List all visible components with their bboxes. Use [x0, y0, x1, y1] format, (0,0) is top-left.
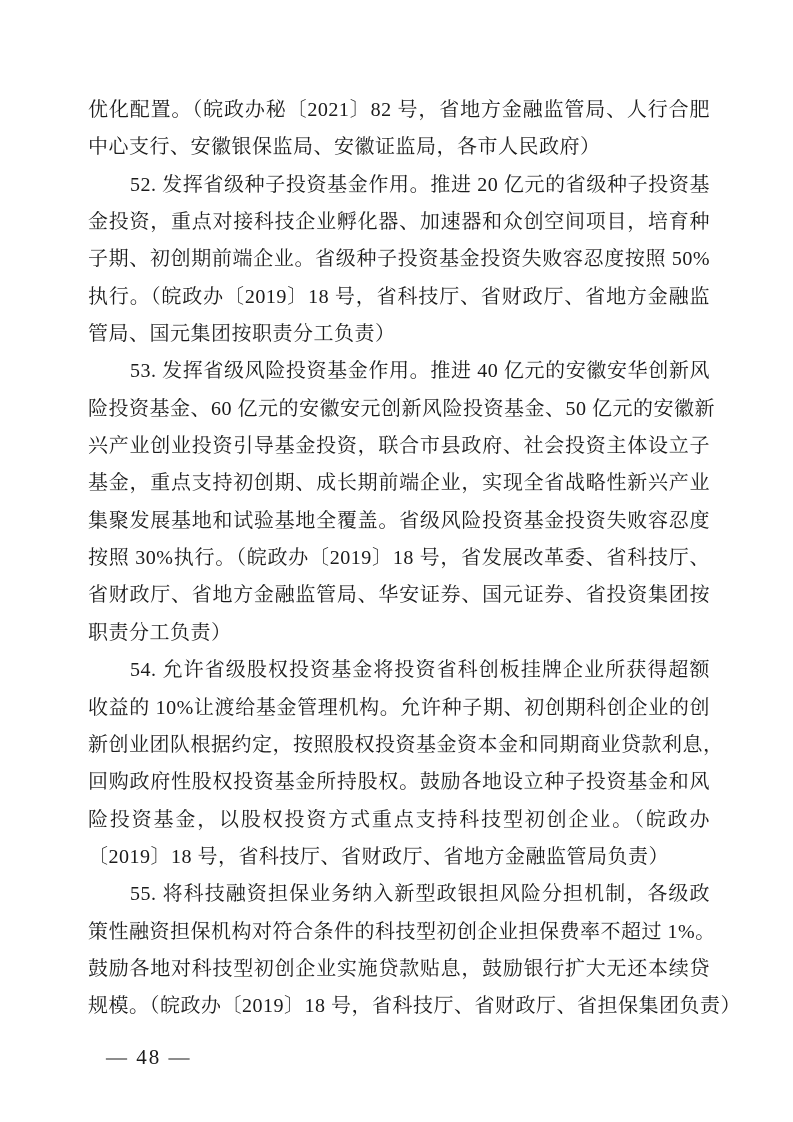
text-line: 中心支行、安徽银保监局、安徽证监局，各市人民政府） [88, 129, 710, 166]
text-line: 险投资基金，以股权投资方式重点支持科技型初创企业。（皖政办 [88, 802, 710, 839]
paragraph-item-54: 54. 允许省级股权投资基金将投资省科创板挂牌企业所获得超额收益的 10%让渡给… [88, 652, 710, 876]
text-line: 54. 允许省级股权投资基金将投资省科创板挂牌企业所获得超额 [88, 652, 710, 689]
text-line: 省财政厅、省地方金融监管局、华安证券、国元证券、省投资集团按 [88, 577, 710, 614]
text-line: 53. 发挥省级风险投资基金作用。推进 40 亿元的安徽安华创新风 [88, 353, 710, 390]
text-line: 收益的 10%让渡给基金管理机构。允许种子期、初创期科创企业的创 [88, 690, 710, 727]
text-line: 按照 30%执行。（皖政办〔2019〕18 号，省发展改革委、省科技厅、 [88, 540, 710, 577]
document-body: 优化配置。（皖政办秘〔2021〕82 号，省地方金融监管局、人行合肥中心支行、安… [88, 92, 710, 1026]
text-line: 规模。（皖政办〔2019〕18 号，省科技厅、省财政厅、省担保集团负责） [88, 988, 710, 1025]
page-number: — 48 — [106, 1045, 192, 1069]
paragraph-item-52: 52. 发挥省级种子投资基金作用。推进 20 亿元的省级种子投资基金投资，重点对… [88, 167, 710, 354]
text-line: 兴产业创业投资引导基金投资，联合市县政府、社会投资主体设立子 [88, 428, 710, 465]
text-line: 集聚发展基地和试验基地全覆盖。省级风险投资基金投资失败容忍度 [88, 503, 710, 540]
text-line: 新创业团队根据约定，按照股权投资基金资本金和同期商业贷款利息， [88, 727, 710, 764]
text-line: 子期、初创期前端企业。省级种子投资基金投资失败容忍度按照 50% [88, 241, 710, 278]
text-line: 执行。（皖政办〔2019〕18 号，省科技厅、省财政厅、省地方金融监 [88, 279, 710, 316]
text-line: 管局、国元集团按职责分工负责） [88, 316, 710, 353]
text-line: 优化配置。（皖政办秘〔2021〕82 号，省地方金融监管局、人行合肥 [88, 92, 710, 129]
text-line: 金投资，重点对接科技企业孵化器、加速器和众创空间项目，培育种 [88, 204, 710, 241]
text-line: 鼓励各地对科技型初创企业实施贷款贴息，鼓励银行扩大无还本续贷 [88, 951, 710, 988]
text-line: 职责分工负责） [88, 615, 710, 652]
text-line: 52. 发挥省级种子投资基金作用。推进 20 亿元的省级种子投资基 [88, 167, 710, 204]
page-footer: — 48 — [106, 1042, 192, 1072]
paragraph-item-55: 55. 将科技融资担保业务纳入新型政银担风险分担机制，各级政策性融资担保机构对符… [88, 876, 710, 1025]
text-line: 回购政府性股权投资基金所持股权。鼓励各地设立种子投资基金和风 [88, 764, 710, 801]
paragraph-item-53: 53. 发挥省级风险投资基金作用。推进 40 亿元的安徽安华创新风险投资基金、6… [88, 353, 710, 652]
document-page: 优化配置。（皖政办秘〔2021〕82 号，省地方金融监管局、人行合肥中心支行、安… [0, 0, 793, 1122]
text-line: 55. 将科技融资担保业务纳入新型政银担风险分担机制，各级政 [88, 876, 710, 913]
text-line: 基金，重点支持初创期、成长期前端企业，实现全省战略性新兴产业 [88, 465, 710, 502]
paragraph-item-51-continuation: 优化配置。（皖政办秘〔2021〕82 号，省地方金融监管局、人行合肥中心支行、安… [88, 92, 710, 167]
text-line: 险投资基金、60 亿元的安徽安元创新风险投资基金、50 亿元的安徽新 [88, 391, 710, 428]
text-line: 策性融资担保机构对符合条件的科技型初创企业担保费率不超过 1%。 [88, 914, 710, 951]
text-line: 〔2019〕18 号，省科技厅、省财政厅、省地方金融监管局负责） [88, 839, 710, 876]
